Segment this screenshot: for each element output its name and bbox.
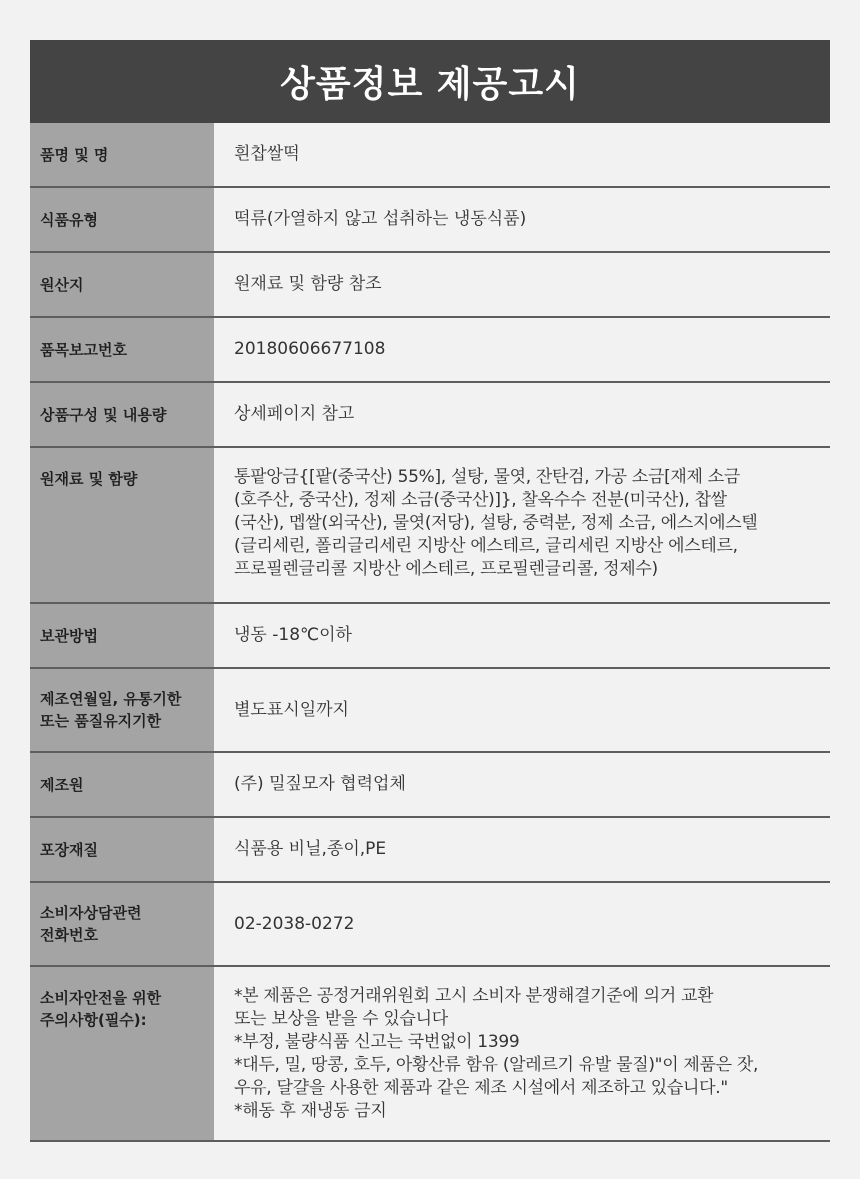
row-manufacturer: 제조원 (주) 밀짚모자 협력업체 [30,753,830,818]
row-value: 통팥앙금{[팥(중국산) 55%], 설탕, 물엿, 잔탄검, 가공 소금[재제… [214,448,830,602]
row-label: 원재료 및 함량 [30,448,214,602]
row-value: 별도표시일까지 [214,669,830,751]
row-label: 제조연월일, 유통기한 또는 품질유지기한 [30,669,214,751]
value-text: 별도표시일까지 [234,699,349,722]
row-value: 원재료 및 함량 참조 [214,253,830,316]
row-label: 소비자상담관련 전화번호 [30,883,214,965]
label-text: 상품구성 및 내용량 [40,404,166,426]
row-value: 식품용 비닐,종이,PE [214,818,830,881]
value-text: 02-2038-0272 [234,913,354,936]
label-text: 원재료 및 함량 [40,468,137,490]
value-text: 흰찹쌀떡 [234,143,300,166]
label-text: 제조원 [40,774,83,796]
row-label: 소비자안전을 위한 주의사항(필수): [30,967,214,1140]
label-text: 식품유형 [40,209,98,231]
row-value: 흰찹쌀떡 [214,123,830,186]
value-text: 상세페이지 참고 [234,403,354,426]
value-text: *본 제품은 공정거래위원회 고시 소비자 분쟁해결기준에 의거 교환 또는 보… [234,985,758,1123]
product-info-notice-table: 상품정보 제공고시 품명 및 명 흰찹쌀떡 식품유형 떡류(가열하지 않고 섭취… [30,40,830,1142]
row-storage: 보관방법 냉동 -18℃이하 [30,604,830,669]
row-report-number: 품목보고번호 20180606677108 [30,318,830,383]
row-packaging: 포장재질 식품용 비닐,종이,PE [30,818,830,883]
row-label: 제조원 [30,753,214,816]
row-value: *본 제품은 공정거래위원회 고시 소비자 분쟁해결기준에 의거 교환 또는 보… [214,967,830,1140]
label-text: 품명 및 명 [40,144,108,166]
value-text: (주) 밀짚모자 협력업체 [234,773,406,796]
row-label: 품목보고번호 [30,318,214,381]
notice-title: 상품정보 제공고시 [30,40,830,123]
row-value: 떡류(가열하지 않고 섭취하는 냉동식품) [214,188,830,251]
row-product-name: 품명 및 명 흰찹쌀떡 [30,123,830,188]
row-composition: 상품구성 및 내용량 상세페이지 참고 [30,383,830,448]
row-consumer-phone: 소비자상담관련 전화번호 02-2038-0272 [30,883,830,967]
value-text: 식품용 비닐,종이,PE [234,838,386,861]
row-expiry: 제조연월일, 유통기한 또는 품질유지기한 별도표시일까지 [30,669,830,753]
row-value: 20180606677108 [214,318,830,381]
row-ingredients: 원재료 및 함량 통팥앙금{[팥(중국산) 55%], 설탕, 물엿, 잔탄검,… [30,448,830,604]
value-text: 원재료 및 함량 참조 [234,273,382,296]
label-text: 소비자상담관련 전화번호 [40,902,141,946]
label-text: 포장재질 [40,839,98,861]
label-text: 원산지 [40,274,83,296]
row-label: 포장재질 [30,818,214,881]
row-label: 상품구성 및 내용량 [30,383,214,446]
row-safety-notice: 소비자안전을 위한 주의사항(필수): *본 제품은 공정거래위원회 고시 소비… [30,967,830,1142]
label-text: 소비자안전을 위한 주의사항(필수): [40,987,161,1031]
label-text: 품목보고번호 [40,339,127,361]
row-food-type: 식품유형 떡류(가열하지 않고 섭취하는 냉동식품) [30,188,830,253]
row-label: 원산지 [30,253,214,316]
row-label: 품명 및 명 [30,123,214,186]
value-text: 통팥앙금{[팥(중국산) 55%], 설탕, 물엿, 잔탄검, 가공 소금[재제… [234,466,758,581]
label-text: 보관방법 [40,625,98,647]
row-label: 식품유형 [30,188,214,251]
row-value: 냉동 -18℃이하 [214,604,830,667]
value-text: 떡류(가열하지 않고 섭취하는 냉동식품) [234,208,526,231]
row-label: 보관방법 [30,604,214,667]
row-value: 02-2038-0272 [214,883,830,965]
value-text: 20180606677108 [234,338,385,361]
row-value: 상세페이지 참고 [214,383,830,446]
row-origin: 원산지 원재료 및 함량 참조 [30,253,830,318]
label-text: 제조연월일, 유통기한 또는 품질유지기한 [40,688,181,732]
value-text: 냉동 -18℃이하 [234,624,352,647]
row-value: (주) 밀짚모자 협력업체 [214,753,830,816]
